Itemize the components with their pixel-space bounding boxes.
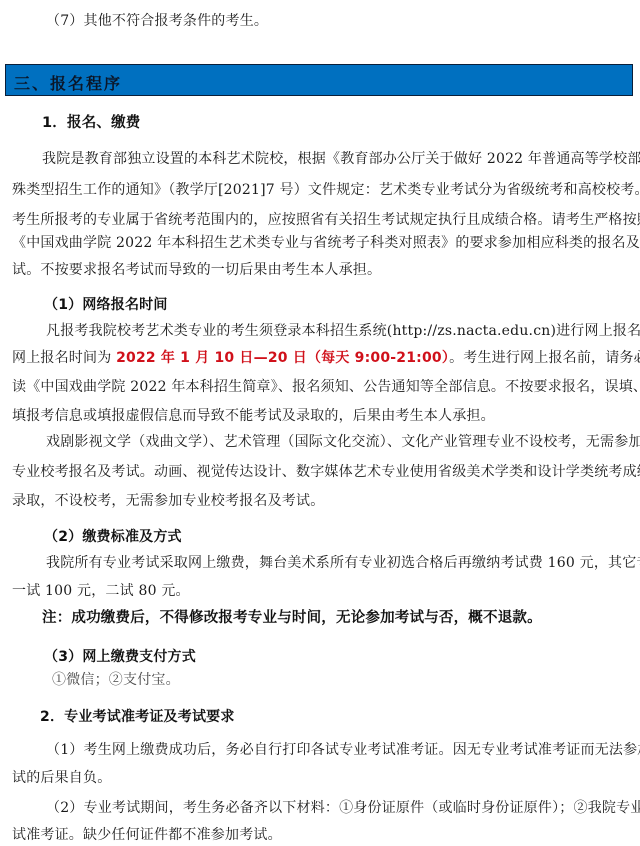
subsection-heading-registration-fee: 1．报名、缴费 [42,114,141,132]
paragraph-line: 凡报考我院校考艺术类专业的考生须登录本科招生系统(http://zs.nacta… [46,322,640,340]
payment-methods-text: ①微信；②支付宝。 [52,671,180,689]
paragraph-line: 填报考信息或填报虚假信息而导致不能考试及录取的，后果由考生本人承担。 [12,407,495,425]
registration-time-prefix: 网上报名时间为 [12,350,116,366]
paragraph-line: 专业校考报名及考试。动画、视觉传达设计、数字媒体艺术专业使用省级美术学类和设计学… [12,463,640,481]
item-heading-payment-method: （3）网上缴费支付方式 [44,648,196,666]
section-title: 三、报名程序 [14,71,122,94]
paragraph-line: 我院是教育部独立设置的本科艺术院校，根据《教育部办公厅关于做好 2022 年普通… [42,150,640,168]
paragraph-line: 录取，不设校考，无需参加专业校考报名及考试。 [12,492,324,510]
section-header-bar: 三、报名程序 [5,64,633,96]
registration-time-line: 网上报名时间为 2022 年 1 月 10 日—20 日（每天 9:00-21:… [12,349,640,367]
paragraph-line: 戏剧影视文学（戏曲文学）、艺术管理（国际文化交流）、文化产业管理专业不设校考，无… [46,433,640,451]
no-refund-note: 注：成功缴费后，不得修改报考专业与时间，无论参加考试与否，概不退款。 [42,609,542,627]
paragraph-line: 一试 100 元，二试 80 元。 [12,582,190,600]
paragraph-line: 试。不按要求报名考试而导致的一切后果由考生本人承担。 [12,261,381,279]
paragraph-line: 试的后果自负。 [12,769,111,787]
paragraph-line: 殊类型招生工作的通知》（教学厅[2021]7 号）文件规定：艺术类专业考试分为省… [12,181,640,199]
paragraph-line: （2）专业考试期间，考生务必备齐以下材料：①身份证原件（或临时身份证原件）；②我… [46,799,640,817]
subsection-heading-admission-ticket: 2．专业考试准考证及考试要求 [40,708,235,726]
registration-time-suffix: 。考生进行网上报名前，请务必仔细阅 [449,350,640,366]
paragraph-line: 我院所有专业考试采取网上缴费，舞台美术系所有专业初选合格后再缴纳考试费 160 … [46,554,640,572]
paragraph-line: 读《中国戏曲学院 2022 年本科招生简章》、报名须知、公告通知等全部信息。不按… [12,378,640,396]
paragraph-line: 试准考证。缺少任何证件都不准参加考试。 [12,826,282,844]
item-heading-fee-standard: （2）缴费标准及方式 [44,528,182,546]
requirement-item-7: （7）其他不符合报考条件的考生。 [46,12,268,30]
registration-time-highlight: 2022 年 1 月 10 日—20 日（每天 9:00-21:00） [116,350,449,366]
paragraph-line: （1）考生网上缴费成功后，务必自行打印各试专业考试准考证。因无专业考试准考证而无… [46,741,640,759]
paragraph-line: 《中国戏曲学院 2022 年本科招生艺术类专业与省统考子科类对照表》的要求参加相… [12,234,640,252]
item-heading-online-registration-time: （1）网络报名时间 [44,296,168,314]
paragraph-line: 考生所报考的专业属于省统考范围内的，应按照省有关招生考试规定执行且成绩合格。请考… [12,211,640,229]
